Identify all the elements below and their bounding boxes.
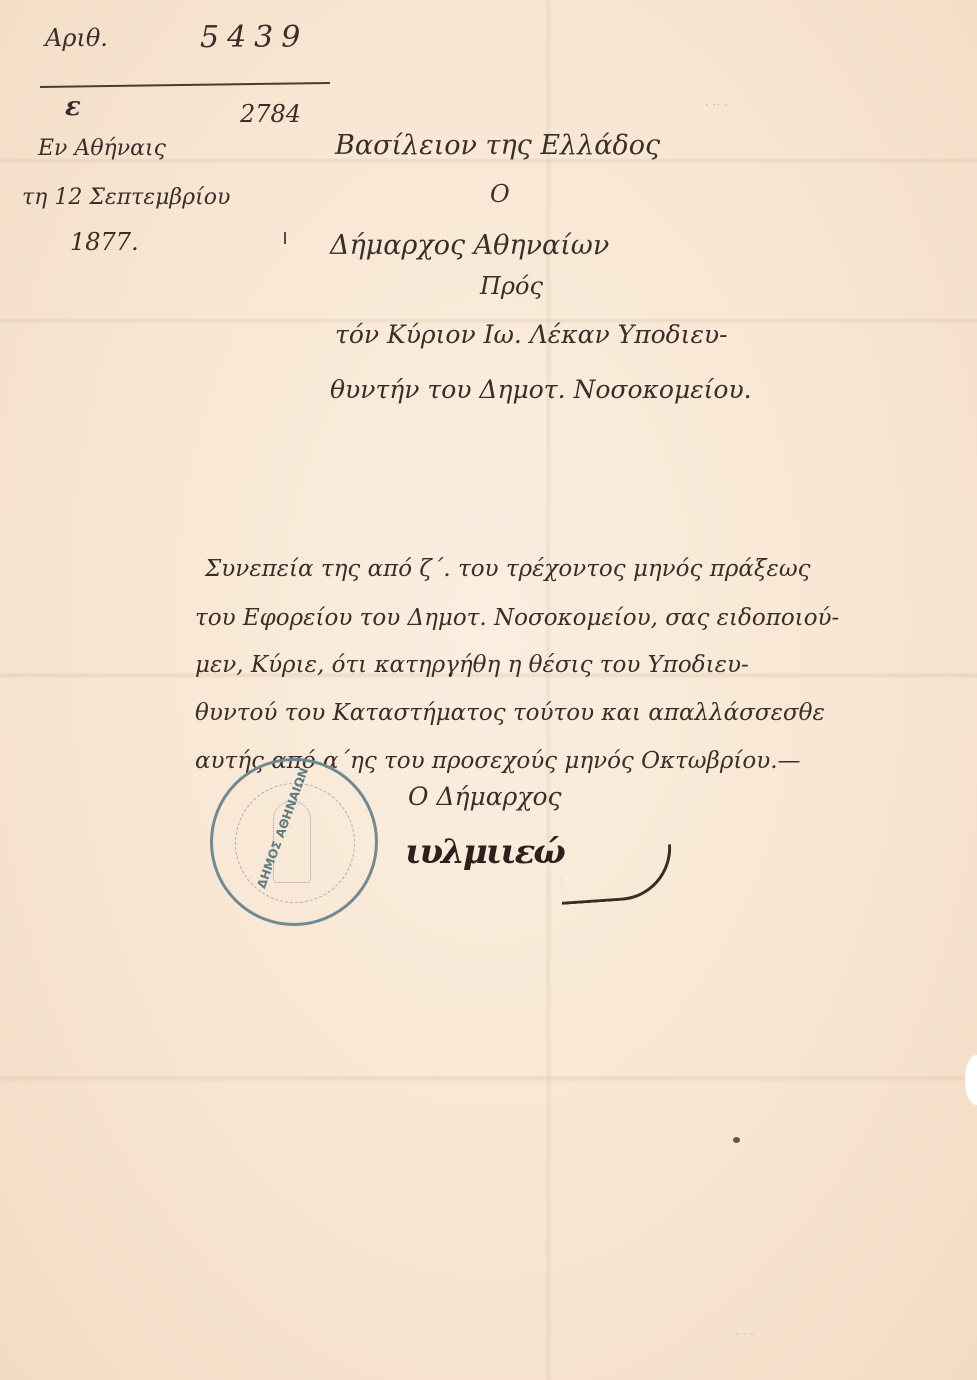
faint-mark: · ·· · [705,98,728,112]
heading-article: Ο [490,180,510,208]
margin-mark: ε [65,92,81,122]
signatory-title: Ο Δήμαρχος [408,782,562,811]
heading-to: Πρός [480,272,543,300]
reference-label: Αριθ. [45,24,108,52]
ink-stroke [284,232,286,244]
body-line: του Εφορείου του Δημοτ. Νοσοκομείου, σας… [195,605,839,631]
signature-flourish [558,844,674,905]
issue-date: τη 12 Σεπτεμβρίου [22,185,230,210]
paper-tear [965,1055,977,1105]
official-seal-icon: ΔΗΜΟΣ ΑΘΗΝΑΙΩΝ [210,758,378,926]
heading-recipient-title: θυντήν του Δημοτ. Νοσοκομείου. [330,375,752,404]
faint-mark: · · · [735,1327,754,1341]
heading-recipient: τόν Κύριον Ιω. Λέκαν Υποδιευ- [335,320,728,349]
body-line: Συνεπεία της από ζ΄. του τρέχοντος μηνός… [205,556,811,582]
heading-mayor: Δήμαρχος Αθηναίων [330,230,609,261]
body-line: θυντού του Καταστήματος τούτου και απαλλ… [195,700,825,726]
signature: ιυλμιιεώ [405,832,564,872]
body-line: μεν, Κύριε, ότι κατηργήθη η θέσις του Υπ… [195,652,749,678]
underline-divider [40,82,330,88]
place-of-issue: Εν Αθήναις [38,136,166,161]
issue-year: 1877. [70,228,139,256]
ink-spot [733,1137,740,1143]
reference-number: 5439 [200,20,308,55]
protocol-number: 2784 [240,100,301,128]
heading-kingdom: Βασίλειον της Ελλάδος [335,130,660,161]
document-page: Αριθ. 5439 ε 2784 Εν Αθήναις τη 12 Σεπτε… [0,0,977,1380]
